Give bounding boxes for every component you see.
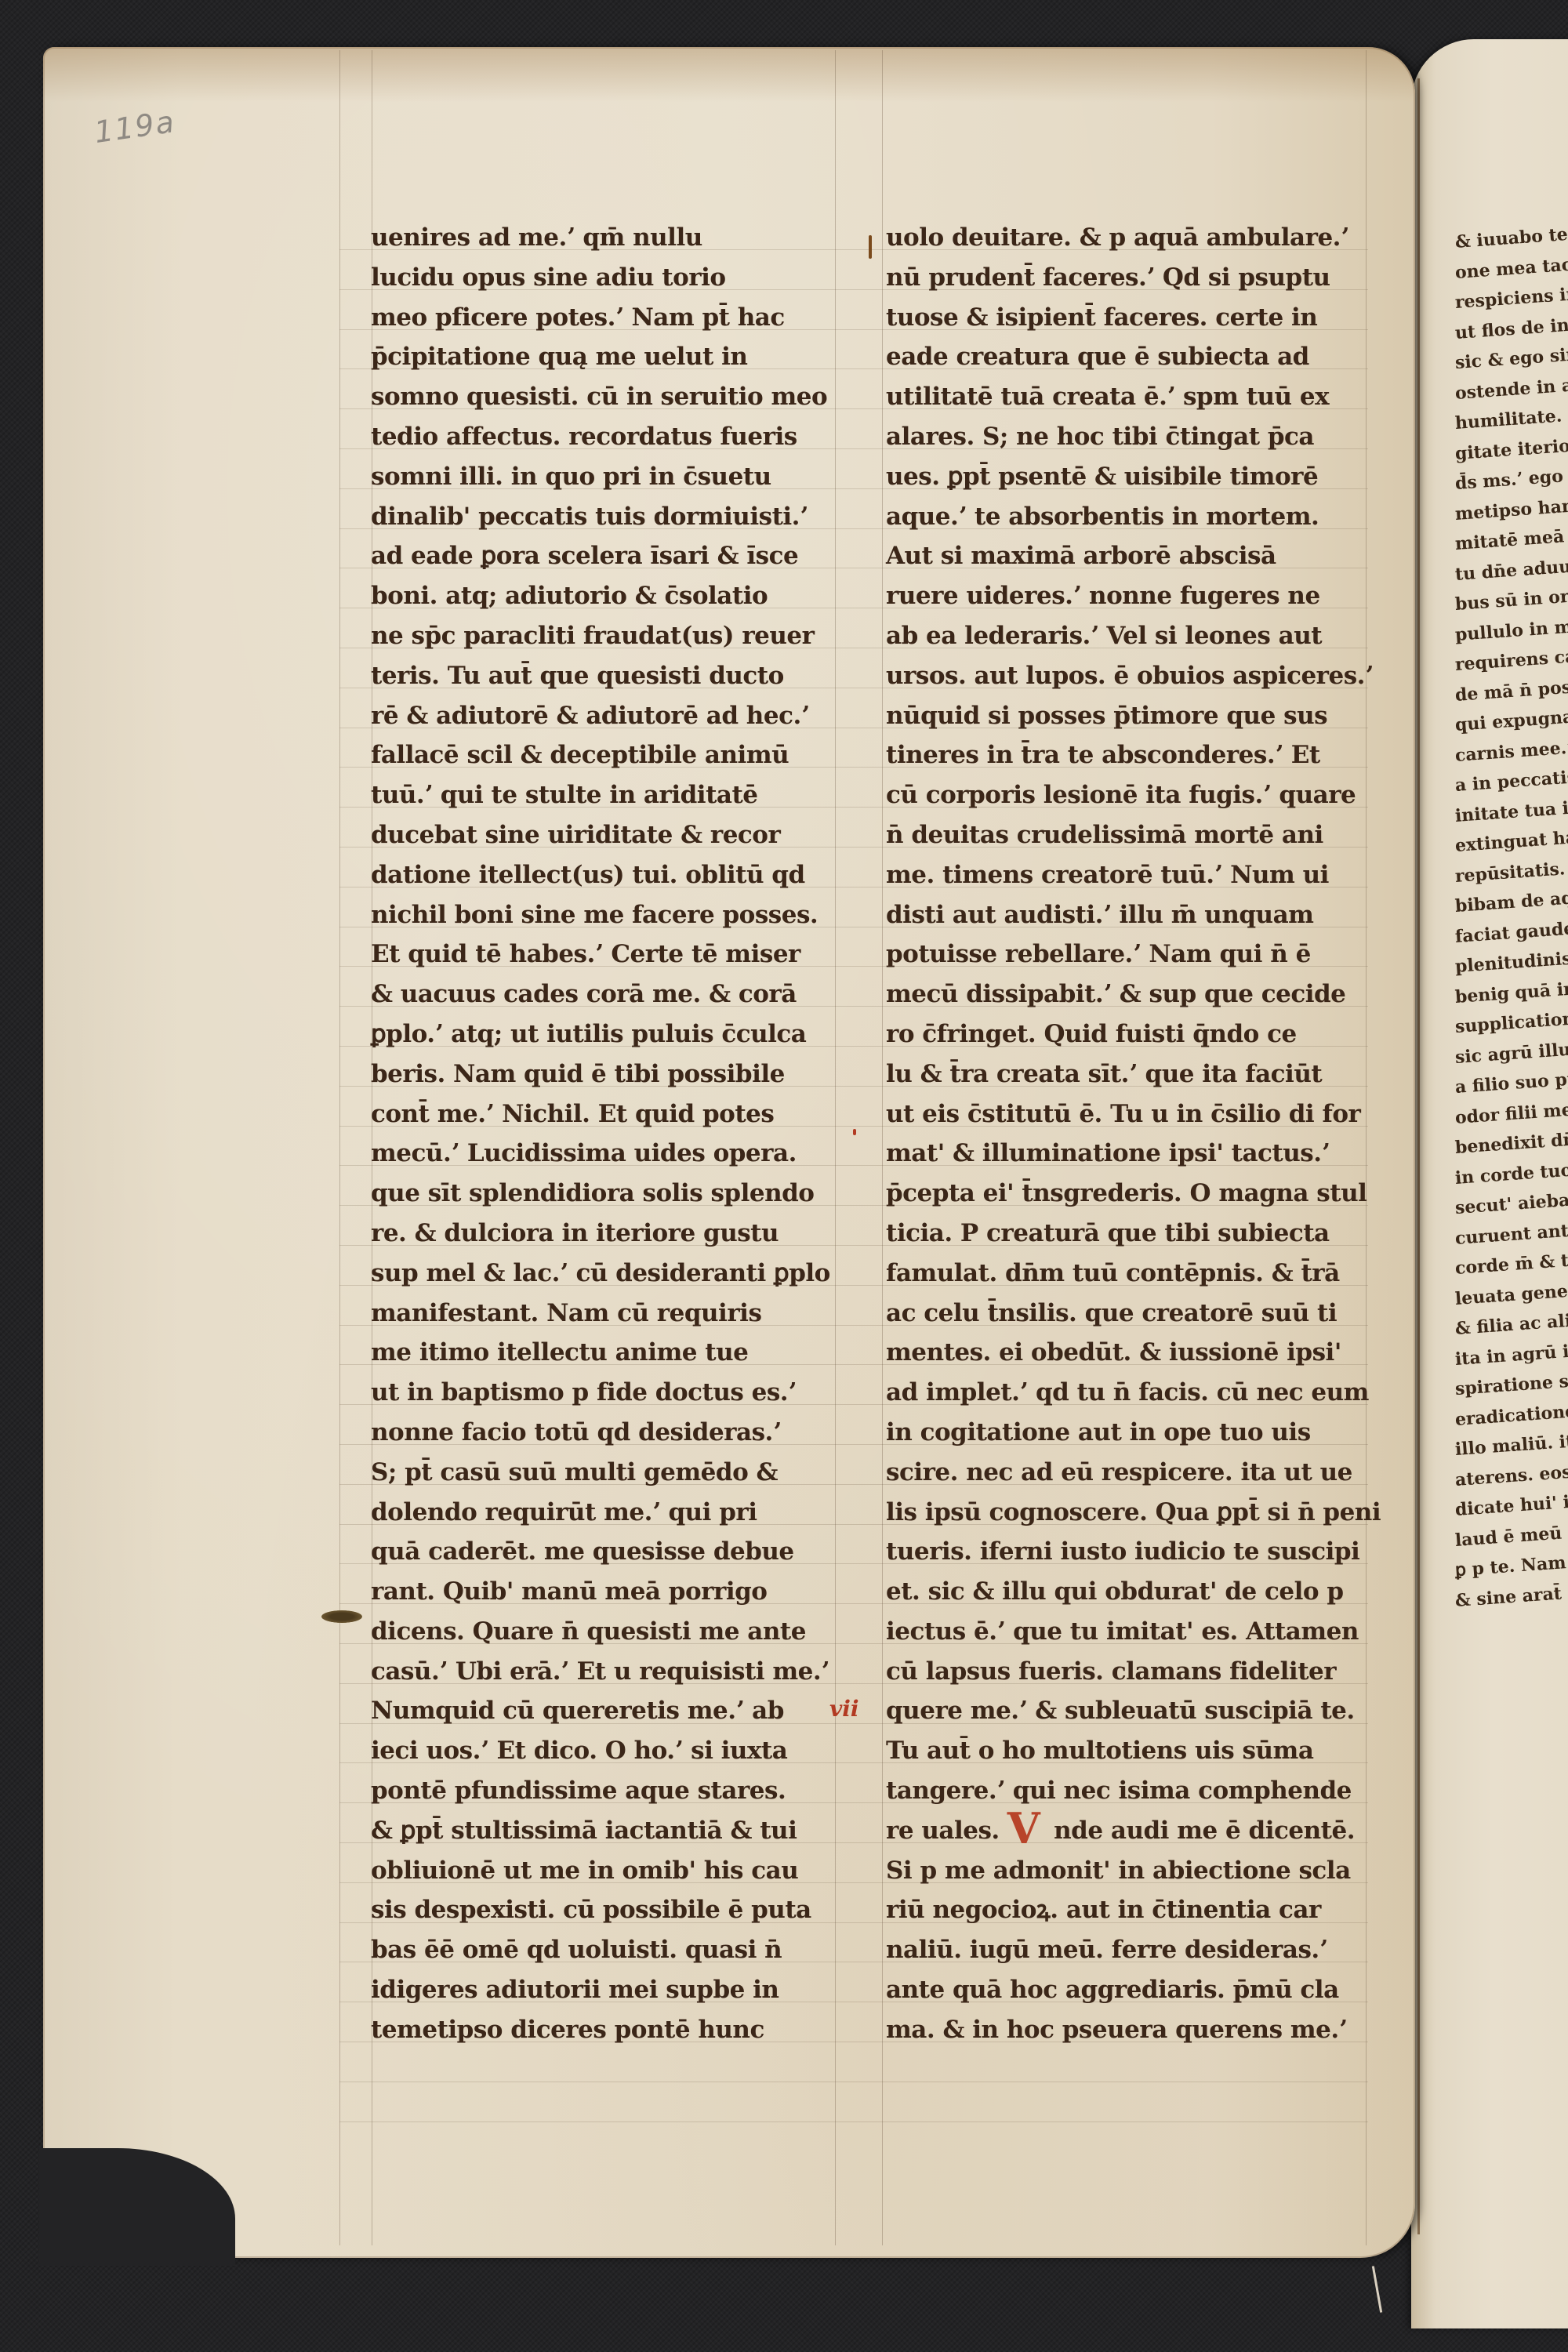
text-line: mecū.ʼ Lucidissima uides opera. (371, 1134, 833, 1174)
chapter-number-rubric: vii (829, 1696, 859, 1722)
text-line: disti aut audisti.ʼ illu m̄ unquam (886, 895, 1364, 935)
rubricated-initial: V (1007, 1813, 1040, 1844)
text-line: ro c̄fringet. Quid fuisti q̄ndo ce (886, 1014, 1364, 1054)
text-line: ad eade ꝑora scelera ı̄sari & ı̄sce (371, 536, 833, 576)
text-line: boni. atq; adiutorio & c̄solatio (371, 576, 833, 616)
ruling-line (1366, 50, 1367, 2245)
text-line: S; pt̄ casū suū multi gemēdo & (371, 1453, 833, 1493)
right-text-column: uolo deuitare. & p aquā ambulare.ʼnū pru… (886, 218, 1364, 2050)
text-line: nichil boni sine me facere posses. (371, 895, 833, 935)
text-line: cont̄ me.ʼ Nichil. Et quid potes (371, 1094, 833, 1134)
text-line: dinalib' peccatis tuis dormiuisti.ʼ (371, 497, 833, 537)
text-line: ut in baptismo p fide doctus es.ʼ (371, 1373, 833, 1413)
text-line: cū corporis lesionē ita fugis.ʼ quare (886, 775, 1364, 815)
text-line: ticia. P creaturā que tibi subiecta (886, 1214, 1364, 1254)
text-line: uenires ad me.ʼ qm̄ nullu (371, 218, 833, 258)
text-line: somni illi. in quo pri in c̄suetu (371, 457, 833, 497)
left-text-column: uenires ad me.ʼ qm̄ nullulucidu opus sin… (371, 218, 833, 2050)
text-line: p̄cipitatione quą me uelut in (371, 337, 833, 377)
text-line: ruere uideres.ʼ nonne fugeres ne (886, 576, 1364, 616)
ruling-line (339, 2082, 1368, 2082)
text-line: dicens. Quare n̄ quesisti me ante (371, 1612, 833, 1652)
text-line: nūquid si posses p̄timore que sus (886, 696, 1364, 736)
text-line: potuisse rebellare.ʼ Nam qui n̄ ē (886, 935, 1364, 975)
text-line: scire. nec ad eū respicere. ita ut ue (886, 1453, 1364, 1493)
text-line: tedio affectus. recordatus fueris (371, 417, 833, 457)
text-line: naliū. iugū meū. ferre desideras.ʼ (886, 1930, 1364, 1970)
text-line: ad implet.ʼ qd tu n̄ facis. cū nec eum (886, 1373, 1364, 1413)
marginal-mark (869, 235, 872, 259)
text-line: quere me.ʼ & subleuatū suscipiā te. (886, 1691, 1364, 1731)
text-line: lucidu opus sine adiu torio (371, 258, 833, 298)
text-line: & uacuus cades corā me. & corā (371, 975, 833, 1014)
text-line: & ꝑpt̄ stultissimā iactantiā & tui (371, 1811, 833, 1851)
text-line: ut eis c̄stitutū ē. Tu u in c̄silio di f… (886, 1094, 1364, 1134)
text-line: ues. ꝑpt̄ psentē & uisibile timorē (886, 457, 1364, 497)
text-line: alares. S; ne hoc tibi c̄tingat p̄ca (886, 417, 1364, 457)
text-line: Tu aut̄ o ho multotiens uis sūma (886, 1731, 1364, 1771)
marginal-tab (321, 1610, 362, 1623)
text-line: Et quid tē habes.ʼ Certe tē miser (371, 935, 833, 975)
text-line: lis ipsū cognoscere. Qua ꝑpt̄ si n̄ peni (886, 1493, 1364, 1533)
text-line: quā caderēt. me quesisse debue (371, 1532, 833, 1572)
text-line: mentes. ei obedūt. & iussionē ipsi' (886, 1333, 1364, 1373)
text-line: uolo deuitare. & p aquā ambulare.ʼ (886, 218, 1364, 258)
text-line: in cogitatione aut in ope tuo uis (886, 1413, 1364, 1453)
red-mark (853, 1129, 856, 1135)
text-line: nū prudent̄ faceres.ʼ Qd si psuptu (886, 258, 1364, 298)
text-line: ac celu t̄nsilis. que creatorē suū ti (886, 1294, 1364, 1334)
facing-page-text: & iuuabo te. Qdone mea tact' merespicien… (1455, 227, 1568, 1616)
text-line: obliuionē ut me in omib' his cau (371, 1851, 833, 1891)
text-line: re. & dulciora in iteriore gustu (371, 1214, 833, 1254)
text-line: manifestant. Nam cū requiris (371, 1294, 833, 1334)
text-line: sup mel & lac.ʼ cū desideranti ꝑplo (371, 1254, 833, 1294)
text-line: temetipso diceres pontē hunc (371, 2010, 833, 2050)
text-line: mecū dissipabit.ʼ & sup que cecide (886, 975, 1364, 1014)
text-line: cū lapsus fueris. clamans fideliter (886, 1652, 1364, 1692)
ruling-line (339, 50, 340, 2245)
text-line: dolendo requirūt me.ʼ qui pri (371, 1493, 833, 1533)
text-line: que sīt splendidiora solis splendo (371, 1174, 833, 1214)
text-line: ab ea lederaris.ʼ Vel si leones aut (886, 616, 1364, 656)
text-line: Numquid cū quereretis me.ʼ ab (371, 1691, 833, 1731)
text-line: sis despexisti. cū possibile ē puta (371, 1890, 833, 1930)
text-line: rē & adiutorē & adiutorē ad hec.ʼ (371, 696, 833, 736)
text-line-start: re uales. (886, 1817, 1000, 1845)
ruling-line (882, 50, 883, 2245)
text-line: ducebat sine uiriditate & recor (371, 815, 833, 855)
text-line: tuose & isipient̄ faceres. certe in (886, 298, 1364, 338)
ruling-line (835, 50, 836, 2245)
text-line: ma. & in hoc pseuera querens me.ʼ (886, 2010, 1364, 2050)
text-line: bas ēē omē qd uoluisti. quasi n̄ (371, 1930, 833, 1970)
text-line: n̄ deuitas crudelissimā mortē ani (886, 815, 1364, 855)
ruling-line (339, 2122, 1368, 2122)
text-line: beris. Nam quid ē tibi possibile (371, 1054, 833, 1094)
text-line: rant. Quib' manū meā porrigo (371, 1572, 833, 1612)
text-line: meo pficere potes.ʼ Nam pt̄ hac (371, 298, 833, 338)
text-line: ante quā hoc aggrediaris. p̄mū cla (886, 1970, 1364, 2010)
text-line: tineres in t̄ra te absconderes.ʼ Et (886, 735, 1364, 775)
text-line: idigeres adiutorii mei supbe in (371, 1970, 833, 2010)
text-line: ieci uos.ʼ Et dico. O ho.ʼ si iuxta (371, 1731, 833, 1771)
text-line: iectus ē.ʼ que tu imitat' es. Attamen (886, 1612, 1364, 1652)
text-line: et. sic & illu qui obdurat' de celo p (886, 1572, 1364, 1612)
text-line: tueris. iferni iusto iudicio te suscipi (886, 1532, 1364, 1572)
text-line-rest: nde audi me ē dicentē. (1054, 1817, 1355, 1845)
text-line: tangere.ʼ qui nec isima comphende (886, 1771, 1364, 1811)
text-line: teris. Tu aut̄ que quesisti ducto (371, 656, 833, 696)
facing-page: & iuuabo te. Qdone mea tact' merespicien… (1411, 39, 1568, 2328)
text-line: pontē pfundissime aque stares. (371, 1771, 833, 1811)
text-line: casū.ʼ Ubi erā.ʼ Et u requisisti me.ʼ (371, 1652, 833, 1692)
text-line: ꝑplo.ʼ atq; ut iutilis puluis c̄culca (371, 1014, 833, 1054)
text-line: nonne facio totū qd desideras.ʼ (371, 1413, 833, 1453)
text-line: me itimo itellectu anime tue (371, 1333, 833, 1373)
text-line: lu & t̄ra creata sīt.ʼ que ita faciūt (886, 1054, 1364, 1094)
text-line: ne sp̄c paracliti fraudat(us) reuer (371, 616, 833, 656)
text-line: famulat. dn̄m tuū contēpnis. & t̄rā (886, 1254, 1364, 1294)
gutter-edge (1417, 78, 1420, 2234)
text-line: tuū.ʼ qui te stulte in ariditatē (371, 775, 833, 815)
text-line: me. timens creatorē tuū.ʼ Num ui (886, 855, 1364, 895)
text-line: eade creatura que ē subiecta ad (886, 337, 1364, 377)
text-line: Si p me admonit' in abiectione scla (886, 1851, 1364, 1891)
text-line: utilitatē tuā creata ē.ʼ spm tuū ex (886, 377, 1364, 417)
text-line: re uales.Vnde audi me ē dicentē. (886, 1811, 1364, 1851)
text-line: ursos. aut lupos. ē obuios aspiceres.ʼ (886, 656, 1364, 696)
facing-text-line: & iuuabo te. Qd (1454, 205, 1568, 257)
text-line: somno quesisti. cū in seruitio meo (371, 377, 833, 417)
text-line: p̄cepta ei' t̄nsgrederis. O magna stul (886, 1174, 1364, 1214)
text-line: mat' & illuminatione ipsi' tactus.ʼ (886, 1134, 1364, 1174)
text-line: Aut si maximā arborē abscisā (886, 536, 1364, 576)
text-line: datione itellect(us) tui. oblitū qd (371, 855, 833, 895)
text-line: riū negocioꝝ. aut in c̄tinentia car (886, 1890, 1364, 1930)
text-line: fallacē scil & deceptibile animū (371, 735, 833, 775)
text-line: aque.ʼ te absorbentis in mortem. (886, 497, 1364, 537)
